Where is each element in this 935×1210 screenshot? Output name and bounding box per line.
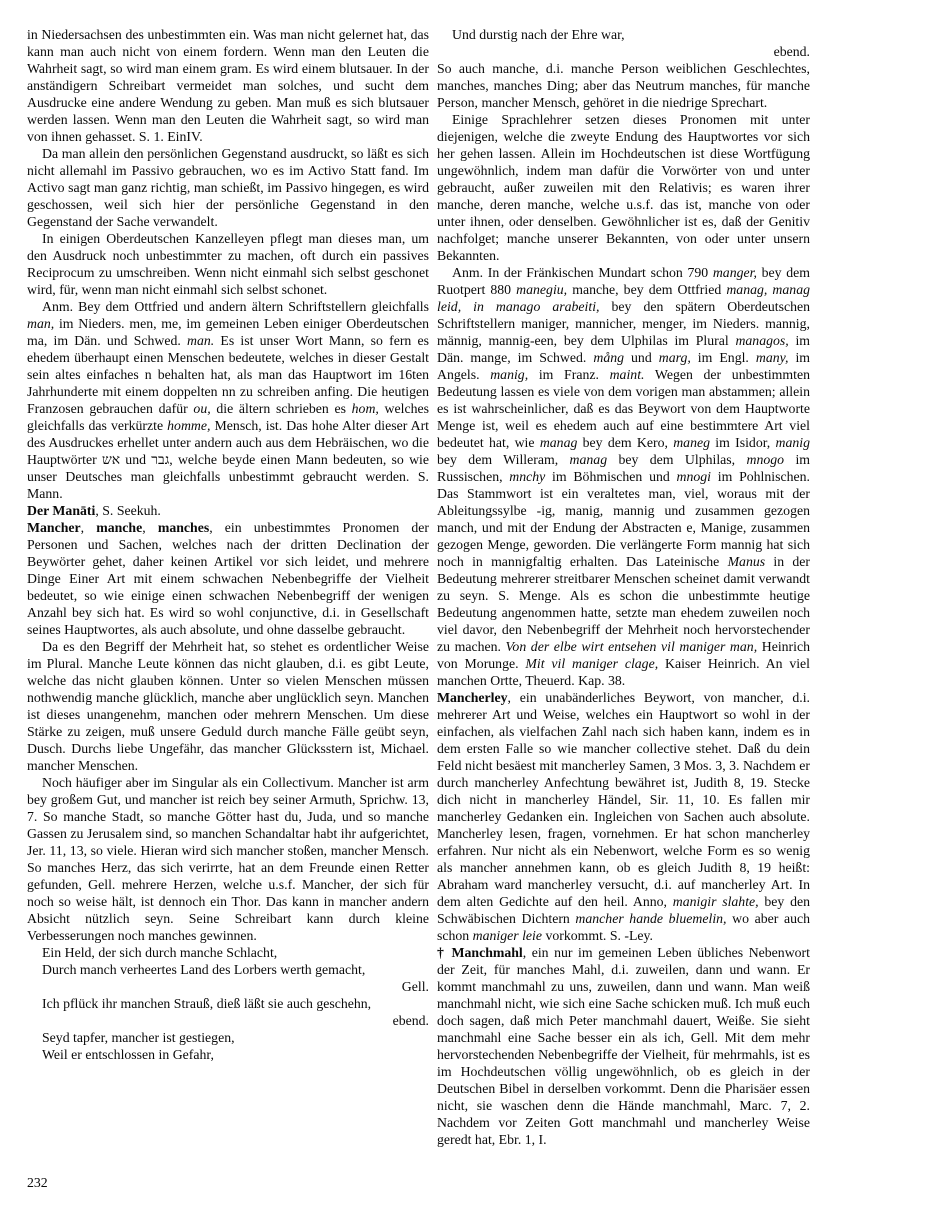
text-run: manger, (713, 265, 757, 280)
text-run: hom, (352, 401, 379, 416)
anm-paragraph-man: Anm. Bey dem Ottfried und andern ältern … (27, 298, 429, 502)
text-run: im Isidor, (710, 435, 776, 450)
text-run: manigir slahte, (673, 894, 759, 909)
entry-der-manati: Der Manāti, S. Seekuh. (27, 502, 429, 519)
text-run: marg, (659, 350, 691, 365)
entry-mancherley: Mancherley, ein unabänderliches Beywort,… (437, 689, 810, 944)
text-run: bey dem Kero, (577, 435, 673, 450)
text-run: Anm. In der Fränkischen Mundart schon 79… (452, 265, 713, 280)
text-run: Seyd tapfer, mancher ist gestiegen, (42, 1030, 235, 1045)
text-run: Einige Sprachlehrer setzen dieses Pronom… (437, 112, 810, 263)
text-run: maint. (610, 367, 645, 382)
verse-attribution: ebend. (437, 43, 810, 60)
text-run: im Engl. (691, 350, 756, 365)
paragraph-sprachlehrer: Einige Sprachlehrer setzen dieses Pronom… (437, 111, 810, 264)
text-run: mnchy (509, 469, 545, 484)
text-run: mnogi (677, 469, 712, 484)
text-run: manches (158, 520, 209, 535)
text-run: Von der elbe wirt entsehen vil maniger m… (506, 639, 758, 654)
paragraph-plural: Da es den Begriff der Mehrheit hat, so s… (27, 638, 429, 774)
entry-manchmahl: † Manchmahl, ein nur im gemeinen Leben ü… (437, 944, 810, 1148)
text-run: , S. Seekuh. (95, 503, 161, 518)
text-run: die ältern schrieben es (211, 401, 352, 416)
verse-line: Seyd tapfer, mancher ist gestiegen, (27, 1029, 429, 1046)
text-run: manag (540, 435, 578, 450)
paragraph-so-auch-manche: So auch manche, d.i. manche Person weibl… (437, 60, 810, 111)
text-run: Noch häufiger aber im Singular als ein C… (27, 775, 429, 943)
text-run: mång (593, 350, 624, 365)
verse-line: Ich pflück ihr manchen Strauß, dieß läßt… (27, 995, 429, 1012)
continuation-paragraph-man: in Niedersachsen des unbestimmten ein. W… (27, 26, 429, 145)
paragraph-kanzelleyen: In einigen Oberdeutschen Kanzelleyen pfl… (27, 230, 429, 298)
text-run: , (81, 520, 97, 535)
text-run: , ein unbestimmtes Pronomen der Personen… (27, 520, 429, 637)
text-run: So auch manche, d.i. manche Person weibl… (437, 61, 810, 110)
text-run: many, (756, 350, 789, 365)
text-run: manig (776, 435, 811, 450)
text-run: Manus (728, 554, 766, 569)
verse-line: Ein Held, der sich durch manche Schlacht… (27, 944, 429, 961)
page-number: 232 (27, 1174, 48, 1191)
anm-paragraph-mancher: Anm. In der Fränkischen Mundart schon 79… (437, 264, 810, 689)
text-run: bey dem Willeram, (437, 452, 570, 467)
text-run: mancher hande bluemelin, (575, 911, 726, 926)
text-run: † Manchmahl (437, 945, 523, 960)
text-run: maniger leie (473, 928, 542, 943)
text-run: im Böhmischen und (545, 469, 676, 484)
text-run: Da man allein den persönlichen Gegenstan… (27, 146, 429, 229)
paragraph-passivo: Da man allein den persönlichen Gegenstan… (27, 145, 429, 230)
paragraph-singular-collectivum: Noch häufiger aber im Singular als ein C… (27, 774, 429, 944)
right-column: Und durstig nach der Ehre war,ebend.So a… (437, 26, 810, 1148)
verse-line: Durch manch verheertes Land des Lorbers … (27, 961, 429, 978)
text-run: ebend. (774, 44, 810, 59)
text-run: homme, (167, 418, 210, 433)
text-run: Mancherley (437, 690, 508, 705)
text-run: Der Manāti (27, 503, 95, 518)
text-run: Gell. (402, 979, 429, 994)
text-run: man. (187, 333, 214, 348)
text-run: , (142, 520, 158, 535)
text-run: Und durstig nach der Ehre war, (452, 27, 625, 42)
verse-attribution: Gell. (27, 978, 429, 995)
dictionary-page: { "page": { "number": "232", "background… (0, 0, 935, 1210)
text-run: und (624, 350, 659, 365)
text-run: manche (96, 520, 142, 535)
text-run: manegiu, (516, 282, 567, 297)
text-run: manag (570, 452, 608, 467)
verse-line: Und durstig nach der Ehre war, (437, 26, 810, 43)
text-run: , ein nur im gemeinen Leben übliches Neb… (437, 945, 810, 1147)
left-column: in Niedersachsen des unbestimmten ein. W… (27, 26, 429, 1063)
text-run: vorkommt. S. -Ley. (542, 928, 653, 943)
entry-mancher: Mancher, manche, manches, ein unbestimmt… (27, 519, 429, 638)
text-run: Ein Held, der sich durch manche Schlacht… (42, 945, 277, 960)
text-run: Mancher (27, 520, 81, 535)
text-run: manig, (490, 367, 528, 382)
text-run: man, (27, 316, 54, 331)
text-run: Ich pflück ihr manchen Strauß, dieß läßt… (42, 996, 371, 1011)
verse-attribution: ebend. (27, 1012, 429, 1029)
verse-line: Weil er entschlossen in Gefahr, (27, 1046, 429, 1063)
text-run: ebend. (393, 1013, 429, 1028)
text-run: bey dem Ulphilas, (607, 452, 746, 467)
text-run: manche, bey dem Ottfried (567, 282, 726, 297)
text-run: Mit vil maniger clage, (525, 656, 658, 671)
text-run: Da es den Begriff der Mehrheit hat, so s… (27, 639, 429, 773)
text-run: Weil er entschlossen in Gefahr, (42, 1047, 214, 1062)
text-run: mnogo (747, 452, 785, 467)
text-run: managos, (735, 333, 788, 348)
text-run: , ein unabänderliches Beywort, von manch… (437, 690, 810, 909)
text-run: In einigen Oberdeutschen Kanzelleyen pfl… (27, 231, 429, 297)
text-run: in Niedersachsen des unbestimmten ein. W… (27, 27, 429, 144)
text-run: maneg (673, 435, 710, 450)
text-run: im Franz. (528, 367, 609, 382)
text-run: ou, (193, 401, 210, 416)
text-run: Durch manch verheertes Land des Lorbers … (42, 962, 365, 977)
text-run: Anm. Bey dem Ottfried und andern ältern … (42, 299, 429, 314)
